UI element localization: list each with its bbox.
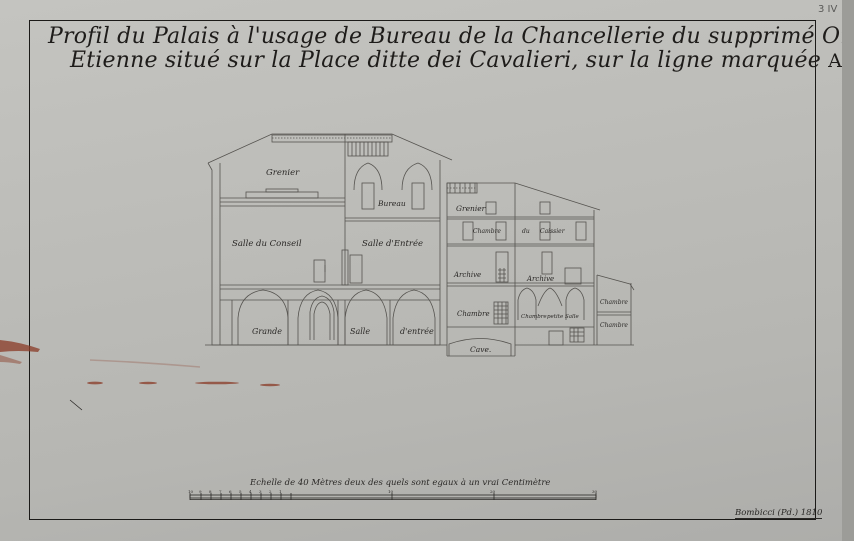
label-grande: Grande	[252, 327, 282, 336]
ink-scratch	[70, 400, 82, 410]
label-office: Bureau	[377, 199, 406, 208]
svg-text:6: 6	[229, 489, 232, 494]
svg-text:10: 10	[388, 489, 394, 494]
label-archive-right: Archive	[526, 275, 554, 283]
label-chamber-2: Chambre	[521, 314, 547, 320]
scale-caption: Echelle de 40 Mètres deux des quels sont…	[250, 478, 550, 488]
label-council-hall: Salle du Conseil	[232, 239, 302, 249]
label-annex-upper-chamber: Chambre	[600, 299, 628, 306]
svg-text:1: 1	[279, 489, 282, 494]
svg-text:9: 9	[199, 489, 202, 494]
label-chamber: Chambre	[457, 310, 490, 318]
room-labels: Grenier Bureau Salle du Conseil Salle d'…	[232, 168, 628, 354]
svg-text:5: 5	[239, 489, 242, 494]
label-cashier-du: du	[522, 228, 530, 235]
label-salle: Salle	[350, 327, 370, 336]
label-d-entree: d'entrée	[400, 327, 434, 336]
label-cashier-chamber: Chambre	[473, 228, 501, 235]
svg-text:2: 2	[269, 489, 272, 494]
scale-bar	[190, 493, 596, 500]
label-middle-attic: Grenier	[456, 204, 486, 213]
drawing-sheet: 3 IV Profil du Palais à l'usage de Burea…	[0, 0, 854, 541]
label-annex-lower-chamber: Chambre	[600, 322, 628, 329]
svg-text:30: 30	[592, 489, 598, 494]
svg-text:4: 4	[249, 489, 252, 494]
label-entrance-hall-upper: Salle d'Entrée	[362, 238, 423, 249]
label-archive-left: Archive	[453, 271, 481, 279]
label-left-attic: Grenier	[266, 168, 300, 178]
label-cellar: Cave.	[470, 345, 491, 354]
scale-bar-labels: 10 9 8 7 6 5 4 3 2 1 10 20 30	[188, 489, 598, 494]
svg-text:20: 20	[490, 489, 496, 494]
label-cashier: Caissier	[540, 228, 566, 235]
svg-text:10: 10	[188, 489, 194, 494]
red-stain-marks	[0, 340, 280, 386]
architectural-section-drawing: Grenier Bureau Salle du Conseil Salle d'…	[0, 0, 854, 541]
signature: Bombicci (Pd.) 1810	[735, 508, 822, 519]
svg-text:8: 8	[209, 489, 212, 494]
label-small-room: petite Salle	[547, 314, 580, 320]
svg-text:3: 3	[259, 489, 262, 494]
right-annex-section	[594, 275, 634, 345]
svg-text:7: 7	[219, 489, 222, 494]
